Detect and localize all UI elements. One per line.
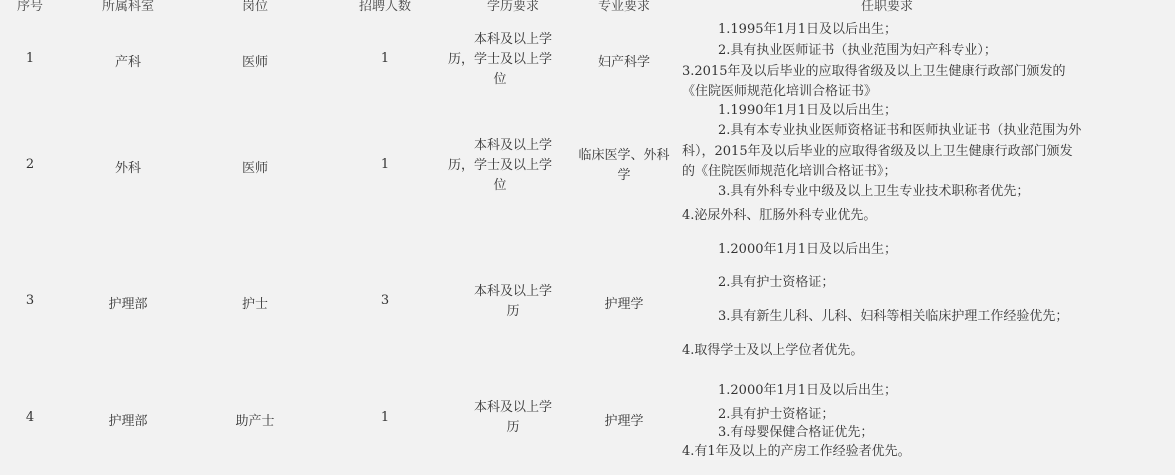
cell-position: 护士 bbox=[242, 293, 268, 312]
cell-count: 1 bbox=[381, 157, 389, 172]
cell-department: 护理部 bbox=[108, 410, 147, 429]
cell-seq: 3 bbox=[26, 293, 34, 308]
cell-seq: 4 bbox=[26, 410, 34, 425]
cell-department: 护理部 bbox=[108, 293, 147, 312]
cell-position: 医师 bbox=[242, 157, 268, 176]
cell-education: 本科及以上学 历，学士及以上学 位 bbox=[448, 136, 552, 196]
cell-education: 本科及以上学 历 bbox=[474, 282, 552, 322]
cell-seq: 2 bbox=[26, 157, 34, 172]
cell-major: 临床医学、外科 学 bbox=[578, 146, 669, 186]
cell-education: 本科及以上学 历 bbox=[474, 398, 552, 438]
header-major: 专业要求 bbox=[598, 0, 650, 14]
cell-department: 产科 bbox=[115, 51, 141, 70]
header-count: 招聘人数 bbox=[359, 0, 411, 14]
cell-major: 护理学 bbox=[604, 410, 643, 429]
cell-count: 1 bbox=[381, 410, 389, 425]
cell-count: 3 bbox=[381, 293, 389, 308]
header-education: 学历要求 bbox=[487, 0, 539, 14]
cell-count: 1 bbox=[381, 51, 389, 66]
cell-major: 妇产科学 bbox=[598, 51, 650, 70]
header-requirements: 任职要求 bbox=[861, 0, 913, 14]
header-seq: 序号 bbox=[17, 0, 43, 14]
cell-position: 助产士 bbox=[235, 410, 274, 429]
header-department: 所属科室 bbox=[102, 0, 154, 14]
header-position: 岗位 bbox=[242, 0, 268, 14]
cell-major: 护理学 bbox=[604, 293, 643, 312]
cell-seq: 1 bbox=[26, 51, 34, 66]
cell-department: 外科 bbox=[115, 157, 141, 176]
cell-education: 本科及以上学 历，学士及以上学 位 bbox=[448, 30, 552, 90]
cell-position: 医师 bbox=[242, 51, 268, 70]
